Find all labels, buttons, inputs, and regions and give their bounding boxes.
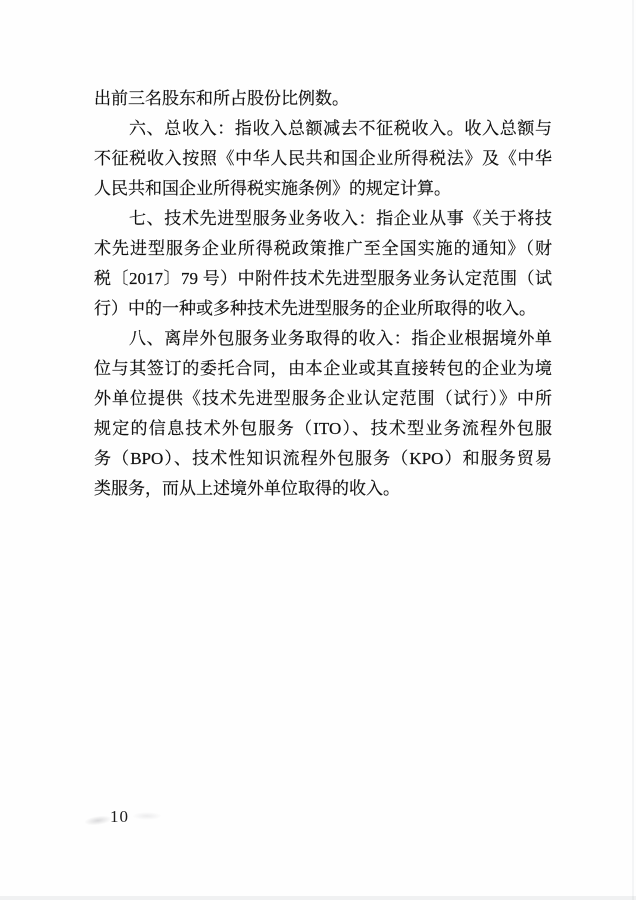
text-line: 出前三名股东和所占股份比例数。 xyxy=(94,84,552,114)
text-line: 外单位提供《技术先进型服务企业认定范围（试行）》中所 xyxy=(94,384,552,414)
document-body: 出前三名股东和所占股份比例数。 六、总收入：指收入总额减去不征税收入。收入总额与… xyxy=(94,84,552,504)
scan-smudge xyxy=(132,812,162,820)
text-line: 规定的信息技术外包服务（ITO）、技术型业务流程外包服 xyxy=(94,414,552,444)
text-line: 行）中的一种或多种技术先进型服务的企业所取得的收入。 xyxy=(94,294,552,324)
text-line: 人民共和国企业所得税实施条例》的规定计算。 xyxy=(94,174,552,204)
scan-edge-artifact xyxy=(0,896,636,900)
text-line: 类服务，而从上述境外单位取得的收入。 xyxy=(94,474,552,504)
text-line: 务（BPO）、技术性知识流程外包服务（KPO）和服务贸易 xyxy=(94,444,552,474)
text-line: 七、技术先进型服务业务收入：指企业从事《关于将技 xyxy=(94,204,552,234)
text-line: 位与其签订的委托合同，由本企业或其直接转包的企业为境 xyxy=(94,354,552,384)
document-page: 出前三名股东和所占股份比例数。 六、总收入：指收入总额减去不征税收入。收入总额与… xyxy=(0,0,636,900)
text-line: 税〔2017〕79 号）中附件技术先进型服务业务认定范围（试 xyxy=(94,264,552,294)
text-line: 术先进型服务企业所得税政策推广至全国实施的通知》（财 xyxy=(94,234,552,264)
text-line: 六、总收入：指收入总额减去不征税收入。收入总额与 xyxy=(94,114,552,144)
scan-edge-artifact xyxy=(632,0,634,900)
page-number: 10 xyxy=(110,806,129,828)
text-line: 不征税收入按照《中华人民共和国企业所得税法》及《中华 xyxy=(94,144,552,174)
scan-smudge xyxy=(84,814,113,827)
text-line: 八、离岸外包服务业务取得的收入：指企业根据境外单 xyxy=(94,324,552,354)
